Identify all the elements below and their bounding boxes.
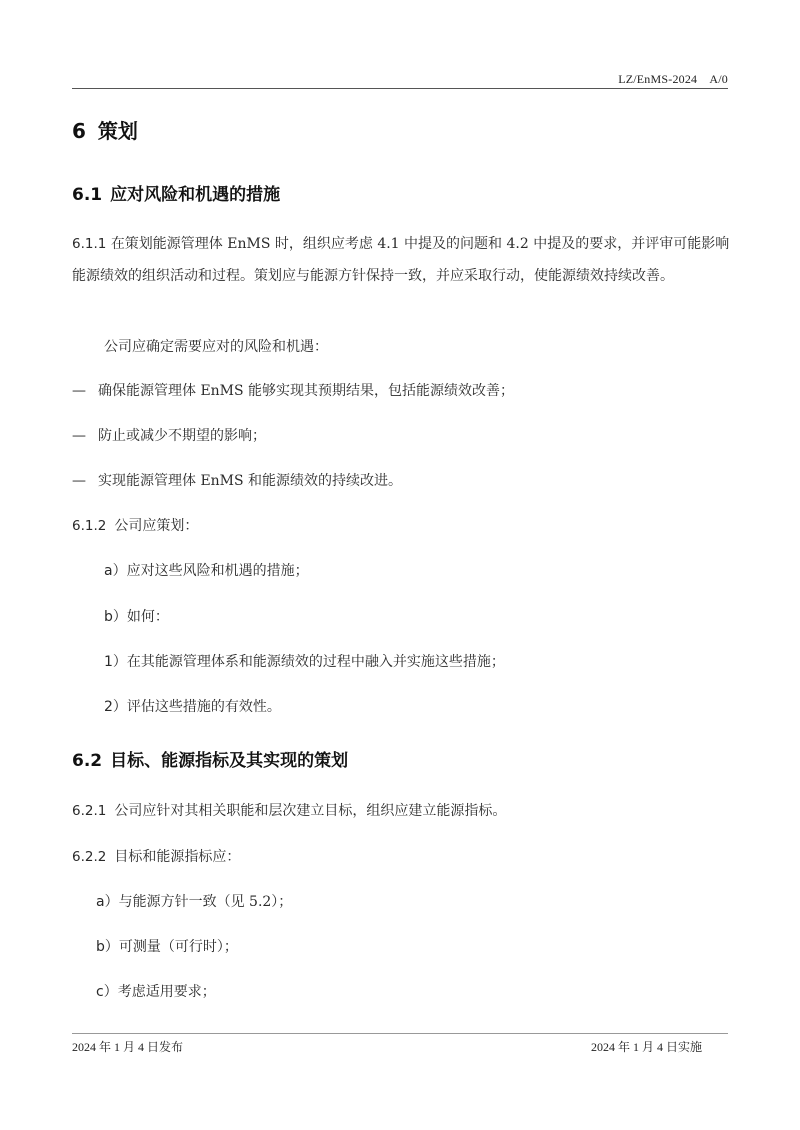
section-heading-6-2: 6.2目标、能源指标及其实现的策划	[72, 746, 348, 771]
clause-number: 6.2.1	[72, 803, 106, 819]
list-item: b）可测量（可行时）；	[96, 936, 238, 956]
item-label: b）	[104, 609, 127, 625]
dash-marker: —	[72, 383, 98, 399]
list-item: c）考虑适用要求；	[96, 981, 216, 1001]
dash-marker: —	[72, 428, 98, 444]
section-number: 6.2	[72, 751, 102, 771]
list-item: —防止或减少不期望的影响；	[72, 425, 266, 445]
clause-text: 公司应策划：	[114, 518, 198, 534]
item-text: 考虑适用要求；	[118, 984, 216, 1000]
list-item: —确保能源管理体 EnMS 能够实现其预期结果，包括能源绩效改善；	[72, 380, 514, 400]
list-item: b）如何：	[104, 606, 169, 626]
item-text: 评估这些措施的有效性。	[127, 699, 281, 715]
clause-text: 公司应针对其相关职能和层次建立目标，组织应建立能源指标。	[114, 803, 506, 819]
item-label: 1）	[104, 654, 127, 670]
list-item-text: 防止或减少不期望的影响；	[98, 428, 266, 444]
list-item: —实现能源管理体 EnMS 和能源绩效的持续改进。	[72, 470, 402, 490]
item-text: 可测量（可行时）；	[119, 939, 238, 955]
item-label: 2）	[104, 699, 127, 715]
list-item: a）与能源方针一致（见 5.2）；	[96, 891, 292, 911]
clause-number: 6.1.2	[72, 518, 106, 534]
item-text: 在其能源管理体系和能源绩效的过程中融入并实施这些措施；	[127, 654, 505, 670]
document-code: LZ/EnMS-2024 A/0	[618, 72, 728, 87]
chapter-number: 6	[72, 119, 86, 143]
clause-text: 目标和能源指标应：	[114, 849, 240, 865]
page-header: LZ/EnMS-2024 A/0	[72, 72, 728, 89]
clause-6-2-1: 6.2.1公司应针对其相关职能和层次建立目标，组织应建立能源指标。	[72, 800, 506, 820]
list-item: a）应对这些风险和机遇的措施；	[104, 560, 309, 580]
section-number: 6.1	[72, 185, 102, 205]
item-label: a）	[96, 894, 119, 910]
list-item: 2）评估这些措施的有效性。	[104, 696, 281, 716]
item-label: c）	[96, 984, 118, 1000]
section-title: 目标、能源指标及其实现的策划	[110, 751, 348, 771]
page-footer: 2024 年 1 月 4 日发布 2024 年 1 月 4 日实施	[72, 1033, 728, 1034]
effective-date: 2024 年 1 月 4 日实施	[591, 1038, 702, 1055]
clause-number: 6.1.1	[72, 236, 106, 252]
item-text: 与能源方针一致（见 5.2）；	[119, 894, 293, 910]
clause-6-1-1: 6.1.1 在策划能源管理体 EnMS 时，组织应考虑 4.1 中提及的问题和 …	[72, 228, 732, 292]
chapter-title: 策划	[98, 119, 138, 143]
chapter-heading: 6策划	[72, 115, 138, 144]
section-title: 应对风险和机遇的措施	[110, 185, 280, 205]
item-text: 应对这些风险和机遇的措施；	[127, 563, 309, 579]
item-label: a）	[104, 563, 127, 579]
clause-text: 在策划能源管理体 EnMS 时，组织应考虑 4.1 中提及的问题和 4.2 中提…	[72, 236, 729, 284]
clause-6-1-2: 6.1.2公司应策划：	[72, 515, 198, 535]
section-heading-6-1: 6.1应对风险和机遇的措施	[72, 180, 280, 205]
clause-6-2-2: 6.2.2目标和能源指标应：	[72, 846, 240, 866]
risk-intro: 公司应确定需要应对的风险和机遇：	[104, 336, 328, 356]
list-item-text: 确保能源管理体 EnMS 能够实现其预期结果，包括能源绩效改善；	[98, 383, 514, 399]
clause-number: 6.2.2	[72, 849, 106, 865]
issue-date: 2024 年 1 月 4 日发布	[72, 1038, 183, 1055]
dash-marker: —	[72, 473, 98, 489]
item-label: b）	[96, 939, 119, 955]
list-item: 1）在其能源管理体系和能源绩效的过程中融入并实施这些措施；	[104, 651, 505, 671]
item-text: 如何：	[127, 609, 169, 625]
list-item-text: 实现能源管理体 EnMS 和能源绩效的持续改进。	[98, 473, 402, 489]
